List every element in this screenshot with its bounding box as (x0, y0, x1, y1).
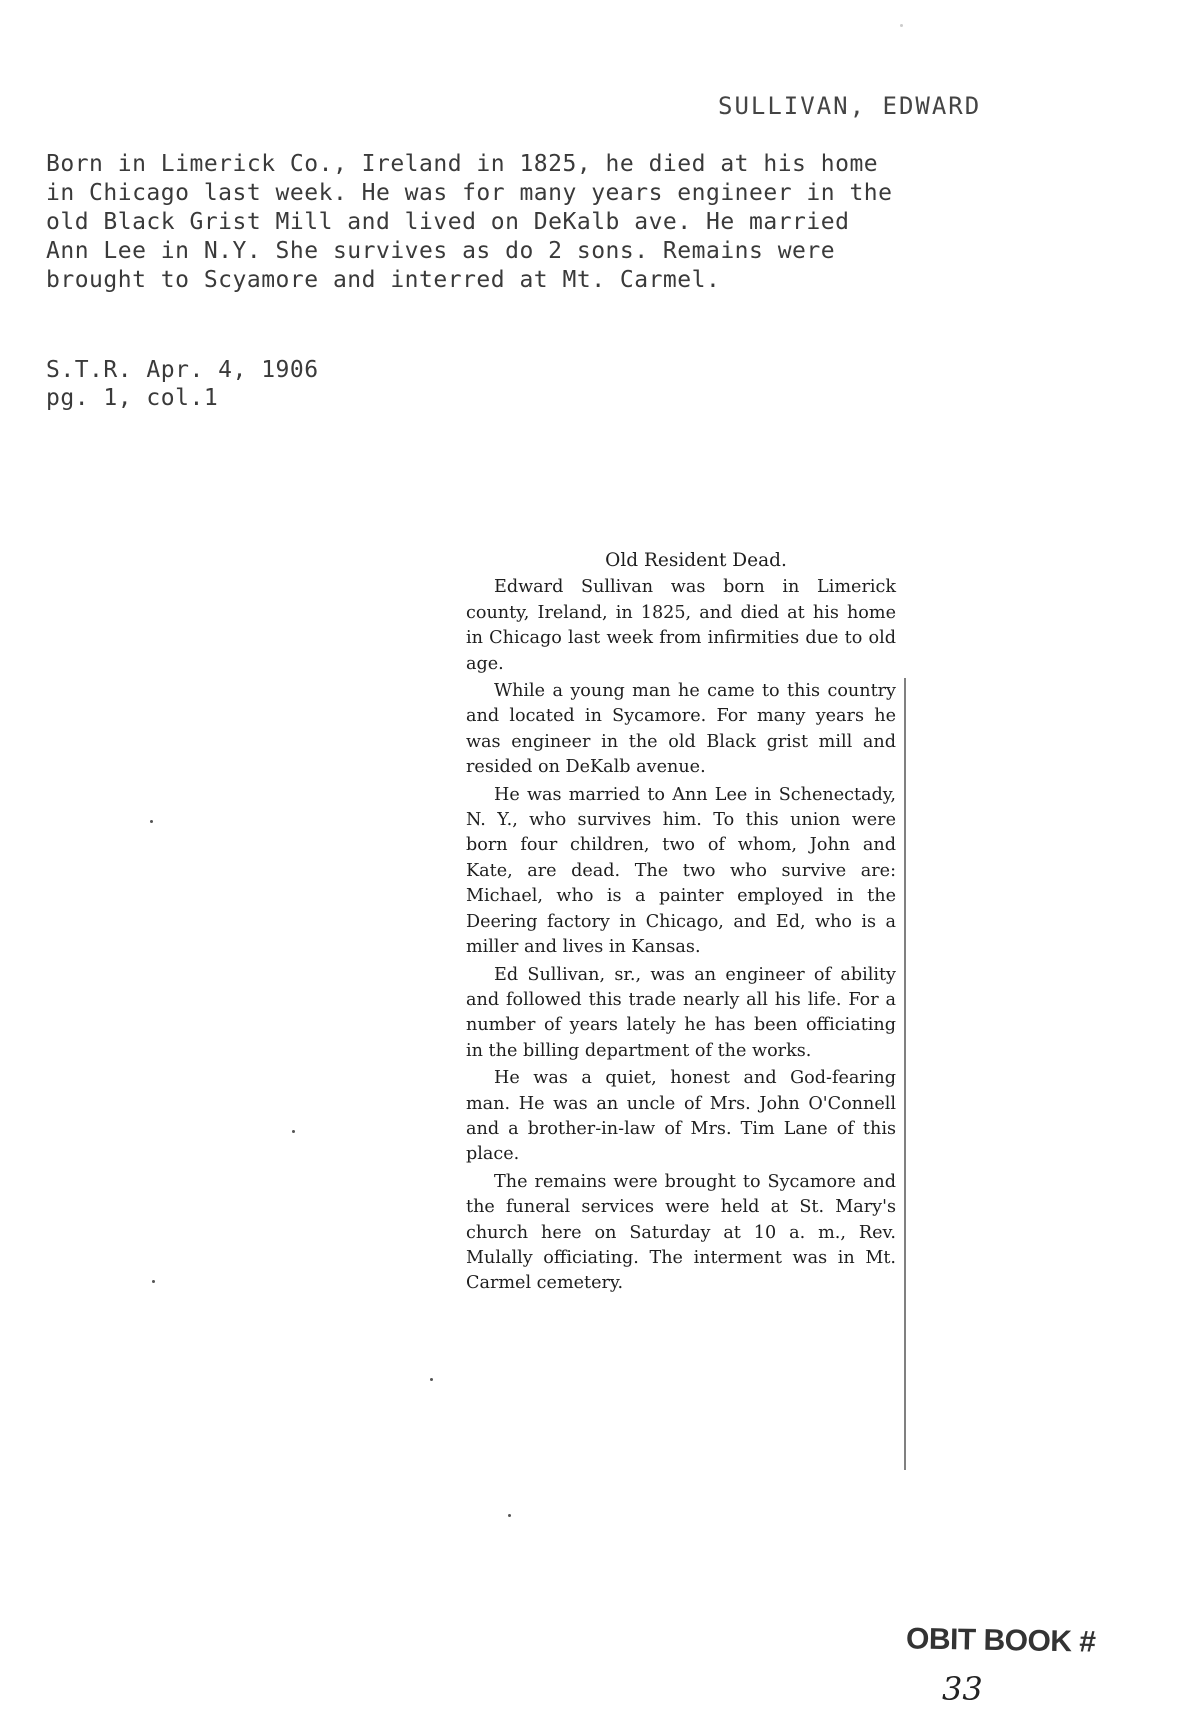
obit-book-number: 33 (942, 1670, 983, 1708)
clipping-paragraph: He was married to Ann Lee in Schenectady… (466, 783, 896, 961)
typed-summary: Born in Limerick Co., Ireland in 1825, h… (46, 150, 1056, 295)
clipping-paragraph: He was a quiet, honest and God-fearing m… (466, 1066, 896, 1168)
obit-book-stamp: OBIT BOOK # (906, 1622, 1096, 1659)
newspaper-clipping: Old Resident Dead. Edward Sullivan was b… (466, 548, 896, 1488)
summary-line: Born in Limerick Co., Ireland in 1825, h… (46, 150, 1056, 179)
summary-line: Ann Lee in N.Y. She survives as do 2 son… (46, 237, 1056, 266)
citation: S.T.R. Apr. 4, 1906 pg. 1, col.1 (46, 356, 319, 412)
column-rule (904, 678, 906, 1470)
clipping-paragraph: Edward Sullivan was born in Limerick cou… (466, 575, 896, 677)
scan-speck (152, 1280, 155, 1283)
scan-speck (430, 1378, 433, 1381)
scan-speck (292, 1130, 295, 1133)
clipping-headline: Old Resident Dead. (466, 548, 896, 573)
clipping-paragraph: While a young man he came to this countr… (466, 679, 896, 781)
citation-location: pg. 1, col.1 (46, 384, 319, 412)
scan-speck (900, 24, 903, 27)
clipping-paragraph: The remains were brought to Sycamore and… (466, 1170, 896, 1297)
summary-line: in Chicago last week. He was for many ye… (46, 179, 1056, 208)
summary-line: brought to Scyamore and interred at Mt. … (46, 266, 1056, 295)
summary-line: old Black Grist Mill and lived on DeKalb… (46, 208, 1056, 237)
citation-source: S.T.R. Apr. 4, 1906 (46, 356, 319, 384)
scan-speck (150, 820, 153, 823)
scan-speck (508, 1514, 511, 1517)
header-surname-name: SULLIVAN, EDWARD (718, 92, 981, 120)
clipping-paragraph: Ed Sullivan, sr., was an engineer of abi… (466, 963, 896, 1065)
